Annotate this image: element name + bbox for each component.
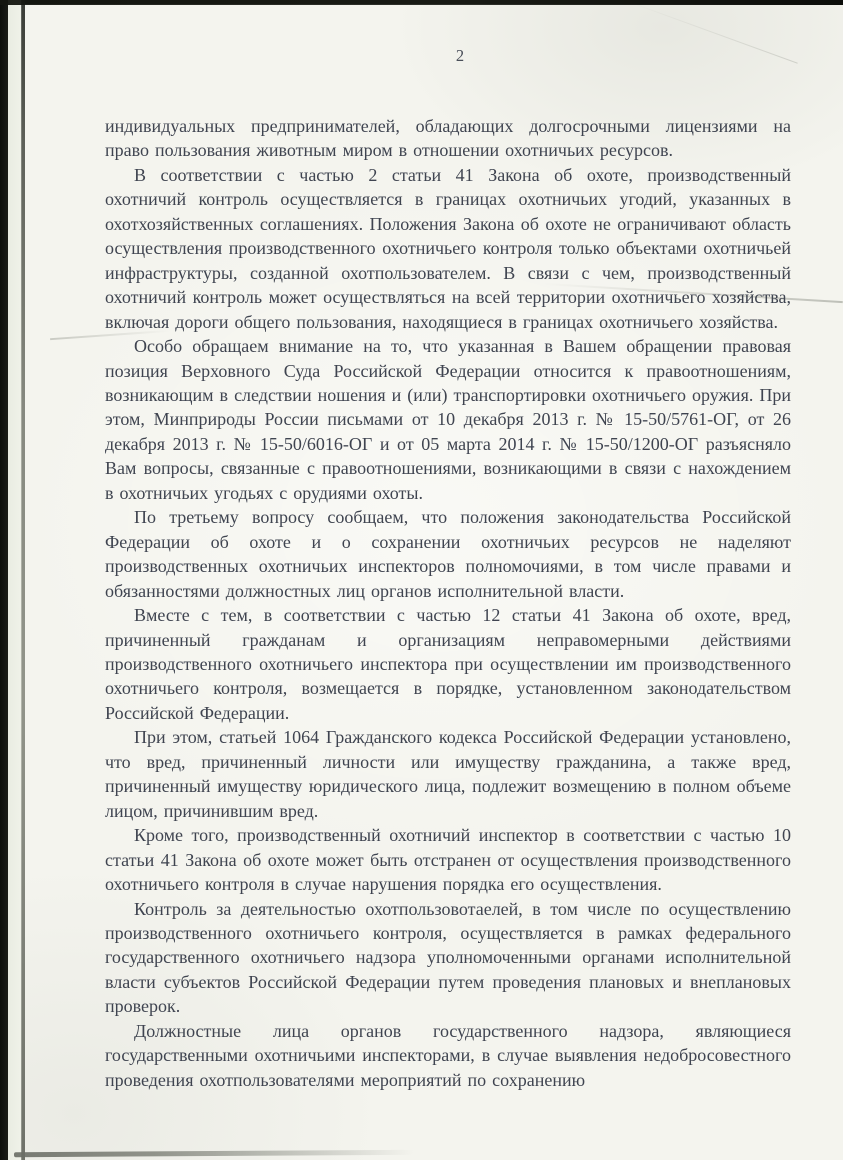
paragraph: Вместе с тем, в соответствии с частью 12… xyxy=(105,603,791,725)
page-number: 2 xyxy=(430,46,490,66)
paragraph: По третьему вопросу сообщаем, что положе… xyxy=(105,505,791,603)
document-body-text: индивидуальных предпринимателей, обладаю… xyxy=(105,114,791,1092)
scan-gutter xyxy=(8,0,22,1160)
scan-edge-left xyxy=(0,0,8,1160)
paragraph: Кроме того, производственный охотничий и… xyxy=(105,823,791,896)
paragraph: При этом, статьей 1064 Гражданского коде… xyxy=(105,725,791,823)
paragraph: Должностные лица органов государственног… xyxy=(105,1019,791,1092)
paper-crease xyxy=(628,1,797,64)
paragraph: индивидуальных предпринимателей, обладаю… xyxy=(105,114,791,163)
paragraph: Контроль за деятельностью охотпользовота… xyxy=(105,897,791,1019)
paragraph: В соответствии с частью 2 статьи 41 Зако… xyxy=(105,163,791,334)
paragraph: Особо обращаем внимание на то, что указа… xyxy=(105,334,791,505)
scan-edge-top xyxy=(0,0,843,5)
scanned-document-page: 2 индивидуальных предпринимателей, облад… xyxy=(0,0,843,1160)
